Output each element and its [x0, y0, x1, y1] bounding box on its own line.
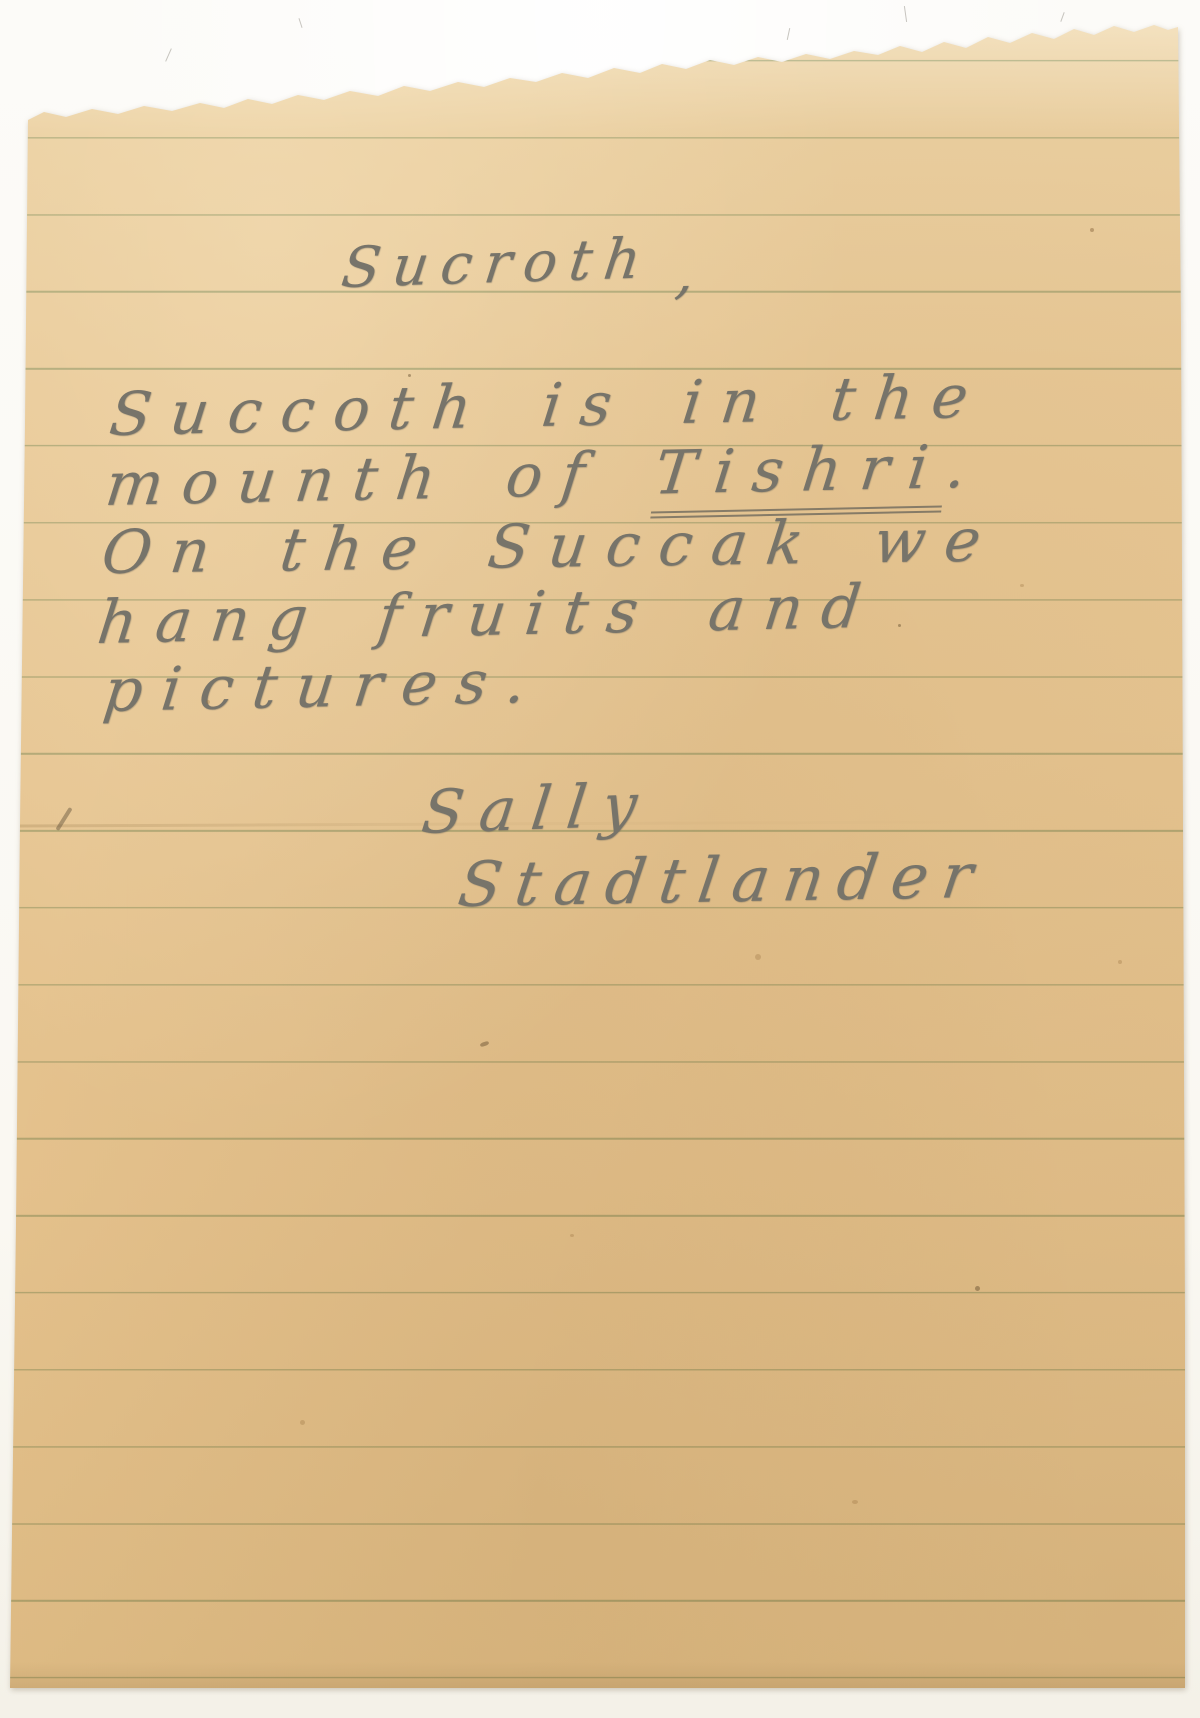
paper-speck: [975, 1286, 980, 1291]
paper-fleck: [1118, 960, 1122, 964]
paper-speck: [898, 624, 901, 627]
paper-fleck: [852, 1500, 858, 1504]
paper-fleck: [206, 700, 210, 704]
signature-last-name: Stadtlander: [454, 839, 991, 921]
note-paper-wrapper: Sucroth, Succoth is in the mounth of Tis…: [10, 24, 1185, 1688]
paper-fleck: [570, 1234, 574, 1237]
paper-fleck: [1020, 584, 1024, 587]
underlined-word: Tishri: [650, 432, 951, 518]
paper-fleck: [300, 1420, 305, 1425]
paper-fleck: [755, 954, 761, 960]
scan-background: Sucroth, Succoth is in the mounth of Tis…: [0, 0, 1200, 1718]
body-line-5: pictures.: [100, 647, 549, 726]
paper-speck: [1090, 228, 1094, 232]
body-line-2-prefix: mounth of: [102, 439, 659, 520]
scan-scratch: [904, 6, 907, 22]
paper-speck: [408, 374, 411, 377]
title-text: Sucroth: [338, 226, 656, 301]
note-title: Sucroth,: [338, 225, 686, 301]
scan-scratch: [1060, 12, 1064, 22]
note-paper: Sucroth, Succoth is in the mounth of Tis…: [10, 24, 1185, 1688]
signature-first-name: Sally: [418, 770, 657, 848]
